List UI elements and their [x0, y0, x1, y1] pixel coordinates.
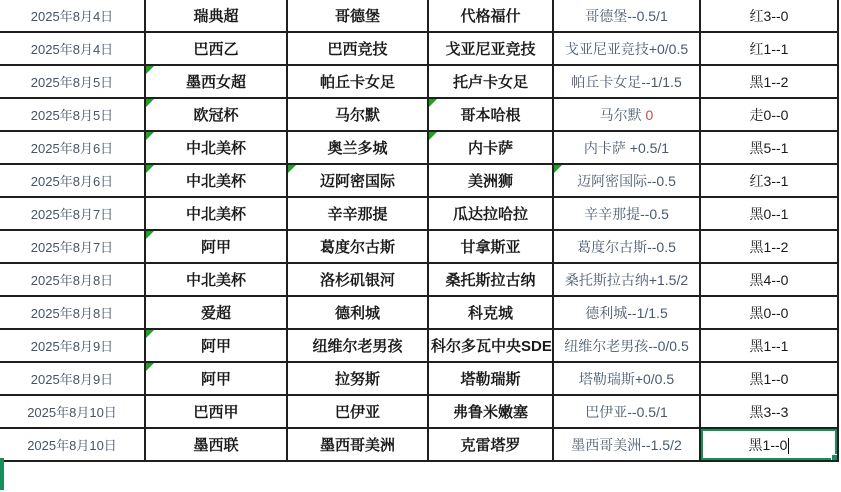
cell-away-team[interactable]: 甘拿斯亚 [428, 230, 553, 263]
table-row: 2025年8月4日瑞典超哥德堡代格福什哥德堡--0.5/1红3--0 [0, 0, 838, 32]
cell-handicap-line[interactable]: 迈阿密国际--0.5 [553, 164, 700, 197]
cell-text: 葛度尔古斯--0.5 [577, 239, 676, 255]
cell-result[interactable]: 黑3--3 [700, 395, 838, 428]
cell-text: 托卢卡女足 [453, 74, 528, 91]
cell-text: 墨西联 [193, 437, 238, 454]
cell-text: 戈亚尼亚竞技+0/0.5 [565, 41, 688, 57]
cell-away-team[interactable]: 弗鲁米嫩塞 [428, 395, 553, 428]
cell-league[interactable]: 墨西联 [145, 428, 287, 461]
cell-text: 2025年8月4日 [31, 42, 113, 57]
cell-handicap-line[interactable]: 墨西哥美洲--1.5/2 [553, 428, 700, 461]
cell-handicap-line[interactable]: 马尔默 0 [553, 98, 700, 131]
cell-text: 帕丘卡女足--1/1.5 [571, 74, 681, 90]
cell-text: 中北美杯 [186, 272, 246, 289]
cell-text: 美洲狮 [468, 173, 513, 190]
cell-away-team[interactable]: 哥本哈根 [428, 98, 553, 131]
cell-text: 走0--0 [750, 107, 789, 123]
cell-text: 奥兰多城 [327, 140, 387, 157]
cell-text: 欧冠杯 [193, 107, 238, 124]
cell-match-date[interactable]: 2025年8月6日 [0, 164, 145, 197]
cell-handicap-line[interactable]: 葛度尔古斯--0.5 [553, 230, 700, 263]
cell-handicap-line[interactable]: 内卡萨 +0.5/1 [553, 131, 700, 164]
cell-text: 2025年8月7日 [31, 240, 113, 255]
table-row: 2025年8月6日中北美杯奥兰多城内卡萨内卡萨 +0.5/1黑5--1 [0, 131, 838, 164]
cell-result[interactable]: 黑1--2 [700, 230, 838, 263]
cell-text: 红3--0 [750, 8, 789, 24]
cell-text: 2025年8月7日 [31, 207, 113, 222]
cell-text: 巴西乙 [193, 41, 238, 58]
cell-text: 2025年8月10日 [27, 438, 117, 453]
cell-text: 黑1--1 [750, 338, 789, 354]
cell-text: 黑3--3 [750, 404, 789, 420]
cell-home-team[interactable]: 马尔默 [287, 98, 428, 131]
cell-text: 巴西竞技 [327, 41, 387, 58]
cell-handicap-line[interactable]: 哥德堡--0.5/1 [553, 0, 700, 32]
cell-text: 葛度尔古斯 [320, 239, 395, 256]
cell-match-date[interactable]: 2025年8月4日 [0, 32, 145, 65]
table-row: 2025年8月7日中北美杯辛辛那提瓜达拉哈拉辛辛那提--0.5黑0--1 [0, 197, 838, 230]
error-indicator-icon [146, 231, 154, 239]
cell-text: 塔勒瑞斯+0/0.5 [579, 371, 674, 387]
cell-away-team[interactable]: 科尔多瓦中央SDE [428, 329, 553, 362]
cell-result[interactable]: 黑1--1 [700, 329, 838, 362]
cell-text: 黑1--2 [750, 239, 789, 255]
cell-text: 中北美杯 [186, 206, 246, 223]
cell-league[interactable]: 阿甲 [145, 230, 287, 263]
cell-result[interactable]: 红3--0 [700, 0, 838, 32]
cell-away-team[interactable]: 瓜达拉哈拉 [428, 197, 553, 230]
cell-home-team[interactable]: 帕丘卡女足 [287, 65, 428, 98]
cell-handicap-line[interactable]: 塔勒瑞斯+0/0.5 [553, 362, 700, 395]
cell-text: 阿甲 [201, 338, 231, 355]
cell-text: 科尔多瓦中央SDE [431, 338, 552, 355]
cell-handicap-line[interactable]: 桑托斯拉古纳+1.5/2 [553, 263, 700, 296]
text-cursor [788, 438, 789, 454]
cell-handicap-line[interactable]: 辛辛那提--0.5 [553, 197, 700, 230]
cell-text: 纽维尔老男孩 [312, 338, 402, 355]
cell-match-date[interactable]: 2025年8月10日 [0, 395, 145, 428]
cell-away-team[interactable]: 克雷塔罗 [428, 428, 553, 461]
cell-match-date[interactable]: 2025年8月4日 [0, 0, 145, 32]
cell-handicap-line[interactable]: 戈亚尼亚竞技+0/0.5 [553, 32, 700, 65]
cell-result[interactable]: 黑5--1 [700, 131, 838, 164]
cell-match-date[interactable]: 2025年8月8日 [0, 263, 145, 296]
cell-text: 巴伊亚 [335, 404, 380, 421]
selected-row-indicator-stripe [0, 458, 4, 490]
table-row: 2025年8月9日阿甲纽维尔老男孩科尔多瓦中央SDE纽维尔老男孩--0/0.5黑… [0, 329, 838, 362]
cell-match-date[interactable]: 2025年8月9日 [0, 329, 145, 362]
table-row: 2025年8月4日巴西乙巴西竞技戈亚尼亚竞技戈亚尼亚竞技+0/0.5红1--1 [0, 32, 838, 65]
cell-text: 塔勒瑞斯 [460, 371, 520, 388]
cell-text: 2025年8月9日 [31, 339, 113, 354]
cell-home-team[interactable]: 拉努斯 [287, 362, 428, 395]
cell-home-team[interactable]: 德利城 [287, 296, 428, 329]
error-indicator-icon [429, 99, 437, 107]
cell-away-team[interactable]: 美洲狮 [428, 164, 553, 197]
cell-text: 迈阿密国际--0.5 [577, 173, 676, 189]
cell-league[interactable]: 爱超 [145, 296, 287, 329]
cell-handicap-line[interactable]: 帕丘卡女足--1/1.5 [553, 65, 700, 98]
cell-league[interactable]: 墨西女超 [145, 65, 287, 98]
cell-text: 爱超 [201, 305, 231, 322]
cell-text: 黑0--0 [750, 305, 789, 321]
cell-match-date[interactable]: 2025年8月7日 [0, 230, 145, 263]
cell-text: 红3--1 [750, 173, 789, 189]
cell-home-team[interactable]: 洛杉矶银河 [287, 263, 428, 296]
table-row: 2025年8月10日巴西甲巴伊亚弗鲁米嫩塞巴伊亚--0.5/1黑3--3 [0, 395, 838, 428]
cell-text: 帕丘卡女足 [320, 74, 395, 91]
cell-home-team[interactable]: 哥德堡 [287, 0, 428, 32]
cell-text: 拉努斯 [335, 371, 380, 388]
error-indicator-icon [146, 165, 154, 173]
cell-text: 德利城--1/1.5 [585, 305, 667, 321]
table-row: 2025年8月5日欧冠杯马尔默哥本哈根马尔默 0走0--0 [0, 98, 838, 131]
cell-match-date[interactable]: 2025年8月10日 [0, 428, 145, 461]
table-row: 2025年8月5日墨西女超帕丘卡女足托卢卡女足帕丘卡女足--1/1.5黑1--2 [0, 65, 838, 98]
cell-text: 德利城 [335, 305, 380, 322]
fill-handle[interactable] [831, 454, 838, 461]
cell-result[interactable]: 红1--1 [700, 32, 838, 65]
cell-league[interactable]: 中北美杯 [145, 197, 287, 230]
cell-match-date[interactable]: 2025年8月7日 [0, 197, 145, 230]
error-indicator-icon [146, 132, 154, 140]
cell-result[interactable]: 黑4--0 [700, 263, 838, 296]
cell-result[interactable]: 红3--1 [700, 164, 838, 197]
cell-home-team[interactable]: 葛度尔古斯 [287, 230, 428, 263]
cell-league[interactable]: 阿甲 [145, 329, 287, 362]
cell-text: 2025年8月5日 [31, 75, 113, 90]
cell-text: 科克城 [468, 305, 513, 322]
cell-text: 黑5--1 [750, 140, 789, 156]
cell-match-date[interactable]: 2025年8月6日 [0, 131, 145, 164]
error-indicator-icon [554, 165, 562, 173]
cell-match-date[interactable]: 2025年8月5日 [0, 65, 145, 98]
cell-home-team[interactable]: 巴伊亚 [287, 395, 428, 428]
cell-text: 桑托斯拉古纳 [445, 272, 535, 289]
cell-result[interactable]: 走0--0 [700, 98, 838, 131]
cell-result[interactable]: 黑1--2 [700, 65, 838, 98]
cell-match-date[interactable]: 2025年8月9日 [0, 362, 145, 395]
cell-text: 2025年8月5日 [31, 108, 113, 123]
table-row: 2025年8月7日阿甲葛度尔古斯甘拿斯亚葛度尔古斯--0.5黑1--2 [0, 230, 838, 263]
cell-text: 辛辛那提 [327, 206, 387, 223]
cell-text: 2025年8月9日 [31, 372, 113, 387]
cell-handicap-line[interactable]: 德利城--1/1.5 [553, 296, 700, 329]
error-indicator-icon [146, 99, 154, 107]
cell-away-team[interactable]: 塔勒瑞斯 [428, 362, 553, 395]
cell-text: 哥本哈根 [460, 107, 520, 124]
cell-text: 辛辛那提--0.5 [584, 206, 669, 222]
cell-text: 2025年8月4日 [31, 9, 113, 24]
cell-home-team[interactable]: 奥兰多城 [287, 131, 428, 164]
cell-league[interactable]: 瑞典超 [145, 0, 287, 32]
cell-league[interactable]: 巴西甲 [145, 395, 287, 428]
cell-text: 巴西甲 [193, 404, 238, 421]
cell-text: 墨西哥美洲--1.5/2 [571, 437, 681, 453]
table-row: 2025年8月10日墨西联墨西哥美洲克雷塔罗墨西哥美洲--1.5/2黑1--0 [0, 428, 838, 461]
cell-text: 纽维尔老男孩--0/0.5 [564, 338, 688, 354]
cell-away-team[interactable]: 戈亚尼亚竞技 [428, 32, 553, 65]
cell-text: 黑1--2 [750, 74, 789, 90]
cell-text: 黑4--0 [750, 272, 789, 288]
cell-league[interactable]: 巴西乙 [145, 32, 287, 65]
cell-text: 墨西哥美洲 [320, 437, 395, 454]
cell-text: 内卡萨 [468, 140, 513, 157]
cell-text: 弗鲁米嫩塞 [453, 404, 528, 421]
cell-result[interactable]: 黑1--0 [700, 428, 838, 461]
cell-text: 2025年8月8日 [31, 306, 113, 321]
cell-text: 红1--1 [750, 41, 789, 57]
cell-text: 桑托斯拉古纳+1.5/2 [565, 272, 688, 288]
cell-home-team[interactable]: 纽维尔老男孩 [287, 329, 428, 362]
table-row: 2025年8月8日中北美杯洛杉矶银河桑托斯拉古纳桑托斯拉古纳+1.5/2黑4--… [0, 263, 838, 296]
cell-text: 马尔默 [335, 107, 380, 124]
cell-text: 中北美杯 [186, 140, 246, 157]
cell-text: 2025年8月10日 [27, 405, 117, 420]
cell-text: 克雷塔罗 [460, 437, 520, 454]
cell-league[interactable]: 中北美杯 [145, 164, 287, 197]
cell-home-team[interactable]: 辛辛那提 [287, 197, 428, 230]
cell-text: 内卡萨 +0.5/1 [584, 140, 669, 156]
cell-text: 巴伊亚--0.5/1 [585, 404, 667, 420]
cell-text: 哥德堡--0.5/1 [585, 8, 667, 24]
cell-text: 2025年8月6日 [31, 174, 113, 189]
table-row: 2025年8月6日中北美杯迈阿密国际美洲狮迈阿密国际--0.5红3--1 [0, 164, 838, 197]
cell-handicap-line[interactable]: 巴伊亚--0.5/1 [553, 395, 700, 428]
cell-text: 中北美杯 [186, 173, 246, 190]
cell-away-team[interactable]: 托卢卡女足 [428, 65, 553, 98]
cell-text: 洛杉矶银河 [320, 272, 395, 289]
error-indicator-icon [146, 330, 154, 338]
error-indicator-icon [288, 165, 296, 173]
cell-league[interactable]: 欧冠杯 [145, 98, 287, 131]
cell-away-team[interactable]: 科克城 [428, 296, 553, 329]
table-body: 2025年8月4日瑞典超哥德堡代格福什哥德堡--0.5/1红3--02025年8… [0, 0, 838, 461]
cell-text: 马尔默 0 [600, 107, 654, 123]
cell-away-team[interactable]: 桑托斯拉古纳 [428, 263, 553, 296]
cell-text: 阿甲 [201, 371, 231, 388]
cell-result[interactable]: 黑1--0 [700, 362, 838, 395]
cell-text: 甘拿斯亚 [460, 239, 520, 256]
cell-result[interactable]: 黑0--0 [700, 296, 838, 329]
cell-match-date[interactable]: 2025年8月8日 [0, 296, 145, 329]
cell-text: 2025年8月6日 [31, 141, 113, 156]
cell-text: 迈阿密国际 [320, 173, 395, 190]
table-row: 2025年8月9日阿甲拉努斯塔勒瑞斯塔勒瑞斯+0/0.5黑1--0 [0, 362, 838, 395]
cell-text: 2025年8月8日 [31, 273, 113, 288]
cell-text: 黑1--0 [750, 371, 789, 387]
cell-text: 阿甲 [201, 239, 231, 256]
cell-text: 哥德堡 [335, 8, 380, 25]
cell-text: 戈亚尼亚竞技 [445, 41, 535, 58]
cell-league[interactable]: 中北美杯 [145, 131, 287, 164]
cell-handicap-line[interactable]: 纽维尔老男孩--0/0.5 [553, 329, 700, 362]
cell-away-team[interactable]: 代格福什 [428, 0, 553, 32]
error-indicator-icon [146, 363, 154, 371]
cell-text: 黑1--0 [749, 437, 788, 453]
error-indicator-icon [429, 132, 437, 140]
cell-text: 瓜达拉哈拉 [453, 206, 528, 223]
cell-home-team[interactable]: 迈阿密国际 [287, 164, 428, 197]
cell-text: 黑0--1 [750, 206, 789, 222]
cell-home-team[interactable]: 墨西哥美洲 [287, 428, 428, 461]
cell-text: 墨西女超 [186, 74, 246, 91]
cell-away-team[interactable]: 内卡萨 [428, 131, 553, 164]
spreadsheet-table: 2025年8月4日瑞典超哥德堡代格福什哥德堡--0.5/1红3--02025年8… [0, 0, 839, 462]
cell-text: 瑞典超 [193, 8, 238, 25]
handicap-zero-accent: 0 [646, 107, 654, 123]
error-indicator-icon [146, 66, 154, 74]
cell-league[interactable]: 阿甲 [145, 362, 287, 395]
table-row: 2025年8月8日爱超德利城科克城德利城--1/1.5黑0--0 [0, 296, 838, 329]
cell-home-team[interactable]: 巴西竞技 [287, 32, 428, 65]
cell-league[interactable]: 中北美杯 [145, 263, 287, 296]
cell-text: 代格福什 [460, 8, 520, 25]
cell-match-date[interactable]: 2025年8月5日 [0, 98, 145, 131]
cell-result[interactable]: 黑0--1 [700, 197, 838, 230]
